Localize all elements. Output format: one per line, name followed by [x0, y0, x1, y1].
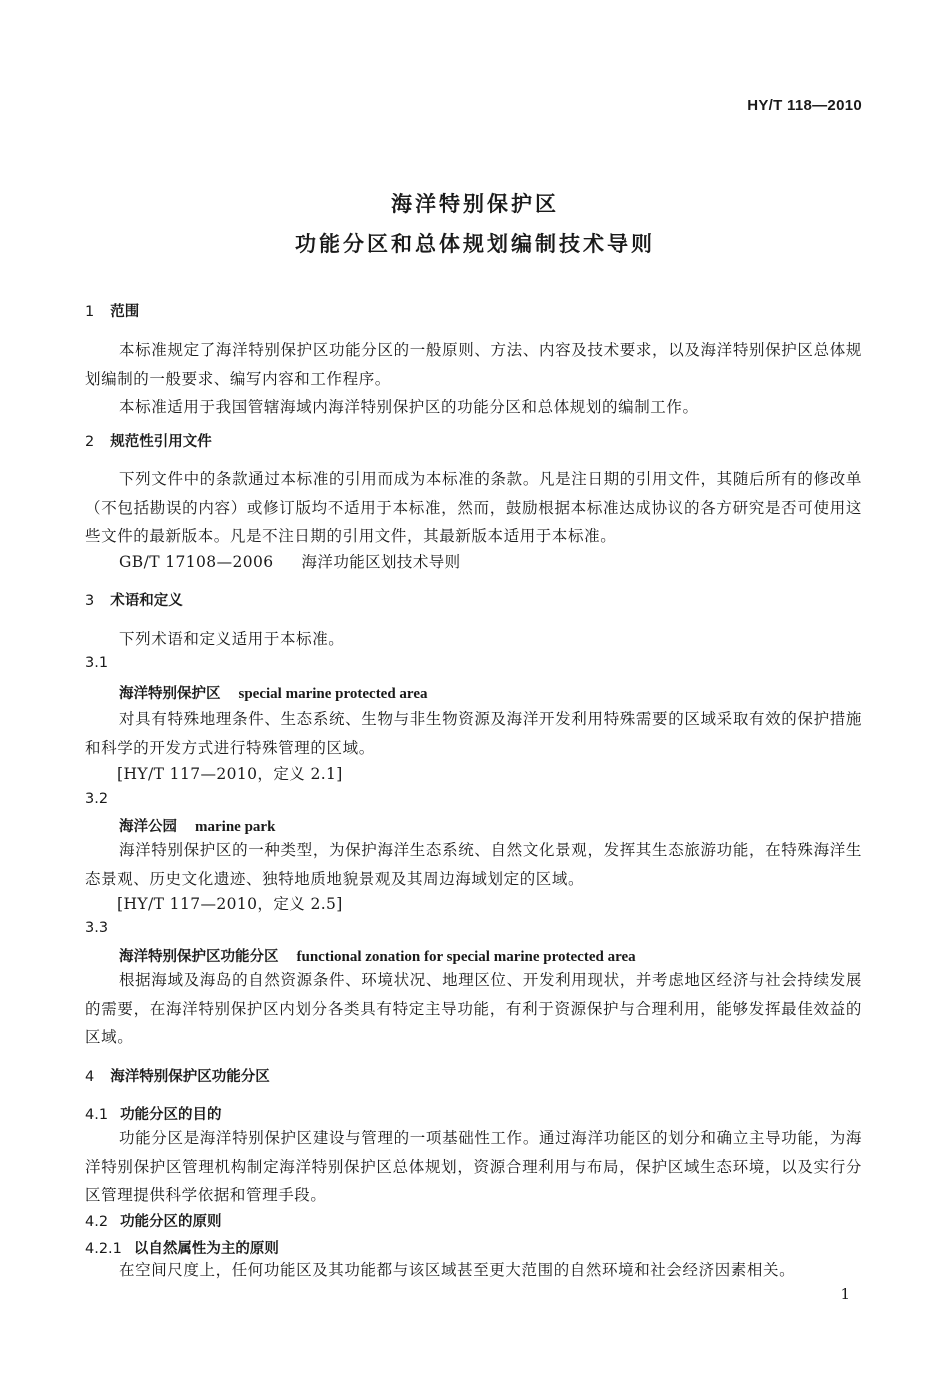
term-zh: 海洋特别保护区功能分区 [119, 949, 279, 965]
term-en: functional zonation for special marine p… [297, 949, 636, 965]
section-4-2-heading: 4.2功能分区的原则 [85, 1210, 222, 1231]
term-3-1-definition: 对具有特殊地理条件、生态系统、生物与非生物资源及海洋开发利用特殊需要的区域采取有… [85, 705, 862, 762]
section-title: 规范性引用文件 [110, 434, 212, 450]
term-3-2-source: [HY/T 117—2010，定义 2.5] [117, 892, 343, 914]
term-zh: 海洋公园 [119, 819, 177, 835]
section-title: 海洋特别保护区功能分区 [110, 1069, 270, 1085]
document-page: HY/T 118—2010 海洋特别保护区 功能分区和总体规划编制技术导则 1范… [0, 0, 950, 1388]
term-en: special marine protected area [239, 686, 428, 702]
term-3-1: 海洋特别保护区special marine protected area [119, 682, 427, 703]
term-en: marine park [195, 819, 275, 835]
standard-code: HY/T 118—2010 [747, 97, 862, 114]
section-title: 功能分区的原则 [120, 1214, 222, 1230]
section-2-heading: 2规范性引用文件 [85, 430, 212, 451]
term-3-1-source: [HY/T 117—2010，定义 2.1] [117, 762, 343, 784]
term-3-2-number: 3.2 [85, 791, 108, 807]
section-number: 1 [85, 304, 94, 320]
section-4-heading: 4海洋特别保护区功能分区 [85, 1065, 270, 1086]
document-title-line-2: 功能分区和总体规划编制技术导则 [0, 228, 950, 258]
document-title-line-1: 海洋特别保护区 [0, 188, 950, 218]
section-number: 4.2.1 [85, 1241, 122, 1257]
reference-title: 海洋功能区划技术导则 [302, 553, 461, 571]
section-number: 4 [85, 1069, 94, 1085]
section-4-2-1-paragraph: 在空间尺度上，任何功能区及其功能都与该区域甚至更大范围的自然环境和社会经济因素相… [85, 1256, 862, 1285]
section-title: 术语和定义 [110, 593, 183, 609]
section-2-paragraph-1: 下列文件中的条款通过本标准的引用而成为本标准的条款。凡是注日期的引用文件，其随后… [85, 465, 862, 551]
section-1-paragraph-2: 本标准适用于我国管辖海域内海洋特别保护区的功能分区和总体规划的编制工作。 [85, 393, 862, 422]
normative-reference: GB/T 17108—2006海洋功能区划技术导则 [119, 550, 461, 572]
section-number: 4.2 [85, 1214, 108, 1230]
term-3-3: 海洋特别保护区功能分区functional zonation for speci… [119, 945, 636, 966]
section-title: 范围 [110, 304, 139, 320]
reference-code: GB/T 17108—2006 [119, 553, 274, 571]
section-number: 3 [85, 593, 94, 609]
section-number: 4.1 [85, 1107, 108, 1123]
section-4-1-heading: 4.1功能分区的目的 [85, 1103, 222, 1124]
term-3-2-definition: 海洋特别保护区的一种类型，为保护海洋生态系统、自然文化景观，发挥其生态旅游功能，… [85, 836, 862, 893]
term-3-3-number: 3.3 [85, 920, 108, 936]
section-1-paragraph-1: 本标准规定了海洋特别保护区功能分区的一般原则、方法、内容及技术要求，以及海洋特别… [85, 336, 862, 393]
section-title: 以自然属性为主的原则 [134, 1241, 279, 1257]
section-number: 2 [85, 434, 94, 450]
term-3-1-number: 3.1 [85, 655, 108, 671]
section-3-intro: 下列术语和定义适用于本标准。 [85, 625, 862, 654]
section-3-heading: 3术语和定义 [85, 589, 183, 610]
page-number: 1 [840, 1285, 850, 1303]
term-zh: 海洋特别保护区 [119, 686, 221, 702]
section-4-1-paragraph: 功能分区是海洋特别保护区建设与管理的一项基础性工作。通过海洋功能区的划分和确立主… [85, 1124, 862, 1210]
section-title: 功能分区的目的 [120, 1107, 222, 1123]
section-1-heading: 1范围 [85, 300, 139, 321]
term-3-3-definition: 根据海域及海岛的自然资源条件、环境状况、地理区位、开发利用现状，并考虑地区经济与… [85, 966, 862, 1052]
section-4-2-1-heading: 4.2.1以自然属性为主的原则 [85, 1237, 279, 1258]
term-3-2: 海洋公园marine park [119, 815, 275, 836]
